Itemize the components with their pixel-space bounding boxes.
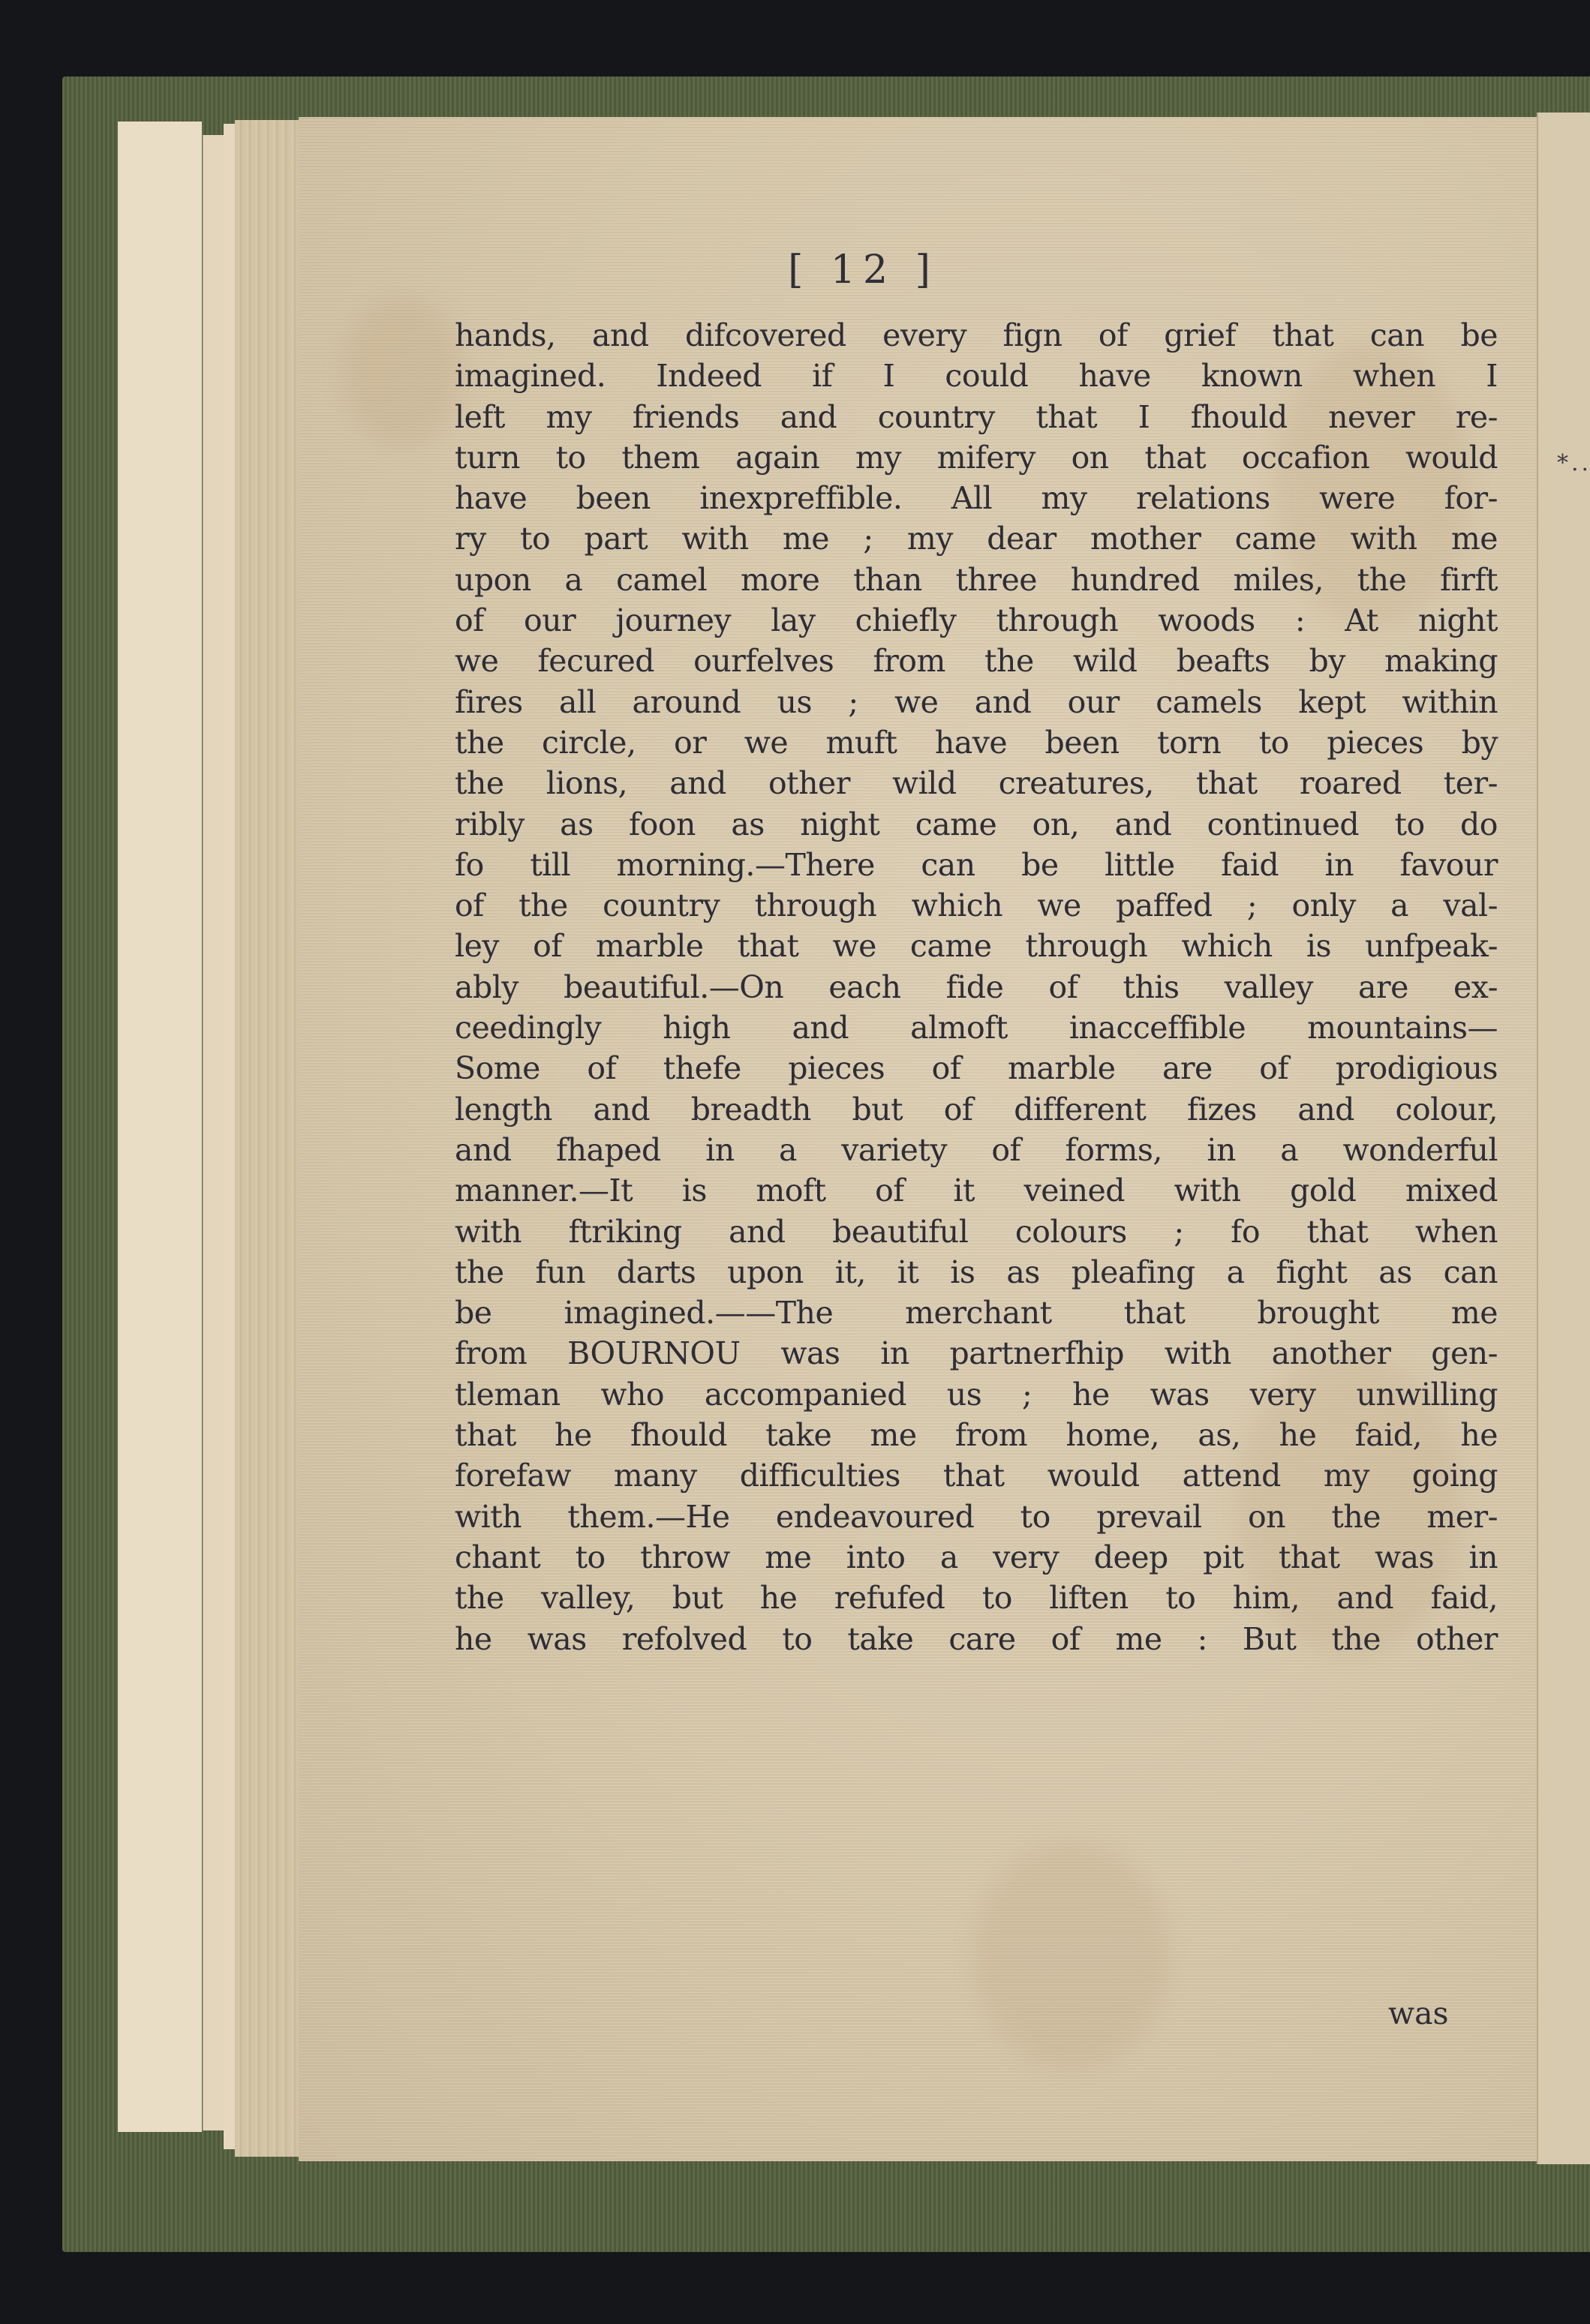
facing-page-edge bbox=[1537, 113, 1590, 2164]
catchword: was bbox=[1388, 1995, 1449, 2031]
facing-page-ink-marks: *.. bbox=[1557, 450, 1590, 476]
text-line: and fhaped in a variety of forms, in a w… bbox=[455, 1130, 1498, 1170]
endpaper-strip bbox=[118, 122, 202, 2132]
page-stack-edges bbox=[235, 120, 299, 2157]
text-line: Some of thefe pieces of marble are of pr… bbox=[455, 1048, 1498, 1088]
text-line: ribly as foon as night came on, and cont… bbox=[455, 804, 1498, 845]
text-line: upon a camel more than three hundred mil… bbox=[455, 560, 1498, 600]
text-line: imagined. Indeed if I could have known w… bbox=[455, 356, 1498, 396]
text-line: tleman who accompanied us ; he was very … bbox=[455, 1374, 1498, 1415]
text-line: with them.—He endeavoured to prevail on … bbox=[455, 1497, 1498, 1537]
text-line: with ftriking and beautiful colours ; fo… bbox=[455, 1212, 1498, 1252]
text-line: of the country through which we paffed ;… bbox=[455, 885, 1498, 926]
text-line: ry to part with me ; my dear mother came… bbox=[455, 518, 1498, 559]
text-line: from BOURNOU was in partnerfhip with ano… bbox=[455, 1333, 1498, 1374]
text-line: ley of marble that we came through which… bbox=[455, 926, 1498, 966]
text-line: manner.—It is moft of it veined with gol… bbox=[455, 1170, 1498, 1211]
text-line: forefaw many difficulties that would att… bbox=[455, 1455, 1498, 1496]
text-line: turn to them again my mifery on that occ… bbox=[455, 437, 1498, 478]
page-fold bbox=[224, 124, 236, 2149]
endpaper-inner-edge bbox=[203, 135, 224, 2130]
text-line: be imagined.——The merchant that brought … bbox=[455, 1293, 1498, 1333]
text-line: left my friends and country that I fhoul… bbox=[455, 397, 1498, 437]
text-line: chant to throw me into a very deep pit t… bbox=[455, 1537, 1498, 1578]
text-line: length and breadth but of different fize… bbox=[455, 1089, 1498, 1130]
text-line: he was refolved to take care of me : But… bbox=[455, 1619, 1498, 1659]
text-line: that he fhould take me from home, as, he… bbox=[455, 1415, 1498, 1455]
text-line: the lions, and other wild creatures, tha… bbox=[455, 763, 1498, 803]
text-line: fires all around us ; we and our camels … bbox=[455, 682, 1498, 722]
text-line: we fecured ourfelves from the wild beaft… bbox=[455, 641, 1498, 681]
text-line: ceedingly high and almoft inacceffible m… bbox=[455, 1007, 1498, 1048]
body-text: hands, and difcovered every fign of grie… bbox=[455, 315, 1498, 1659]
text-line: ably beautiful.—On each fide of this val… bbox=[455, 967, 1498, 1007]
page-number-header: [ 12 ] bbox=[653, 248, 1073, 293]
text-line: the circle, or we muft have been torn to… bbox=[455, 722, 1498, 763]
text-line: of our journey lay chiefly through woods… bbox=[455, 600, 1498, 641]
foxing-stain bbox=[974, 1842, 1169, 2067]
text-line: fo till morning.—There can be little fai… bbox=[455, 845, 1498, 885]
text-line: the fun darts upon it, it is as pleafing… bbox=[455, 1252, 1498, 1293]
text-line: have been inexpreffible. All my relation… bbox=[455, 478, 1498, 518]
text-line: the valley, but he refufed to liften to … bbox=[455, 1578, 1498, 1618]
foxing-stain bbox=[344, 297, 464, 447]
text-line: hands, and difcovered every fign of grie… bbox=[455, 315, 1498, 356]
